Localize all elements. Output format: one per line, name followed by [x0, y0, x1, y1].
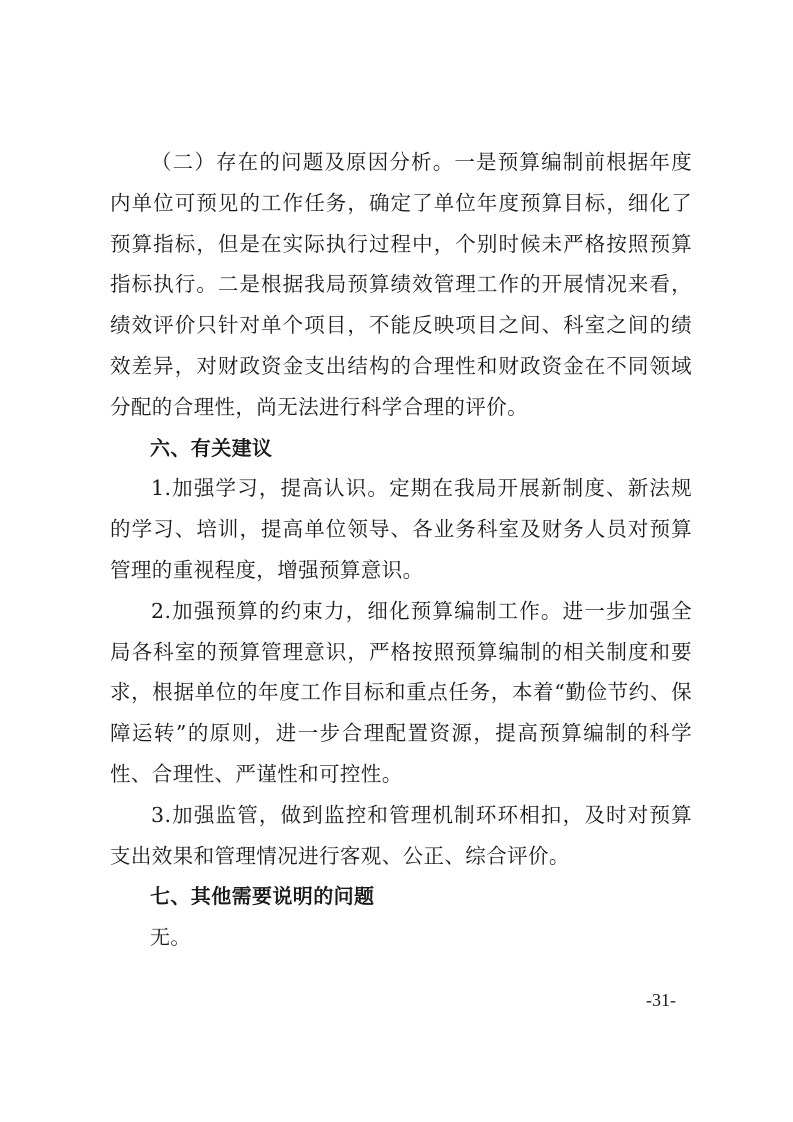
page-number: -31-: [646, 990, 676, 1011]
paragraph-none: 无。: [110, 917, 692, 958]
paragraph-suggestion-3: 3.加强监管，做到监控和管理机制环环相扣，及时对预算支出效果和管理情况进行客观、…: [110, 795, 692, 877]
section-heading-suggestions: 六、有关建议: [110, 428, 692, 469]
paragraph-problems-analysis: （二）存在的问题及原因分析。一是预算编制前根据年度内单位可预见的工作任务，确定了…: [110, 142, 692, 428]
paragraph-suggestion-2: 2.加强预算的约束力，细化预算编制工作。进一步加强全局各科室的预算管理意识，严格…: [110, 591, 692, 795]
page-content: （二）存在的问题及原因分析。一是预算编制前根据年度内单位可预见的工作任务，确定了…: [110, 142, 692, 958]
document-page: （二）存在的问题及原因分析。一是预算编制前根据年度内单位可预见的工作任务，确定了…: [0, 0, 793, 1122]
section-heading-other-issues: 七、其他需要说明的问题: [110, 876, 692, 917]
paragraph-suggestion-1: 1.加强学习，提高认识。定期在我局开展新制度、新法规的学习、培训，提高单位领导、…: [110, 468, 692, 590]
